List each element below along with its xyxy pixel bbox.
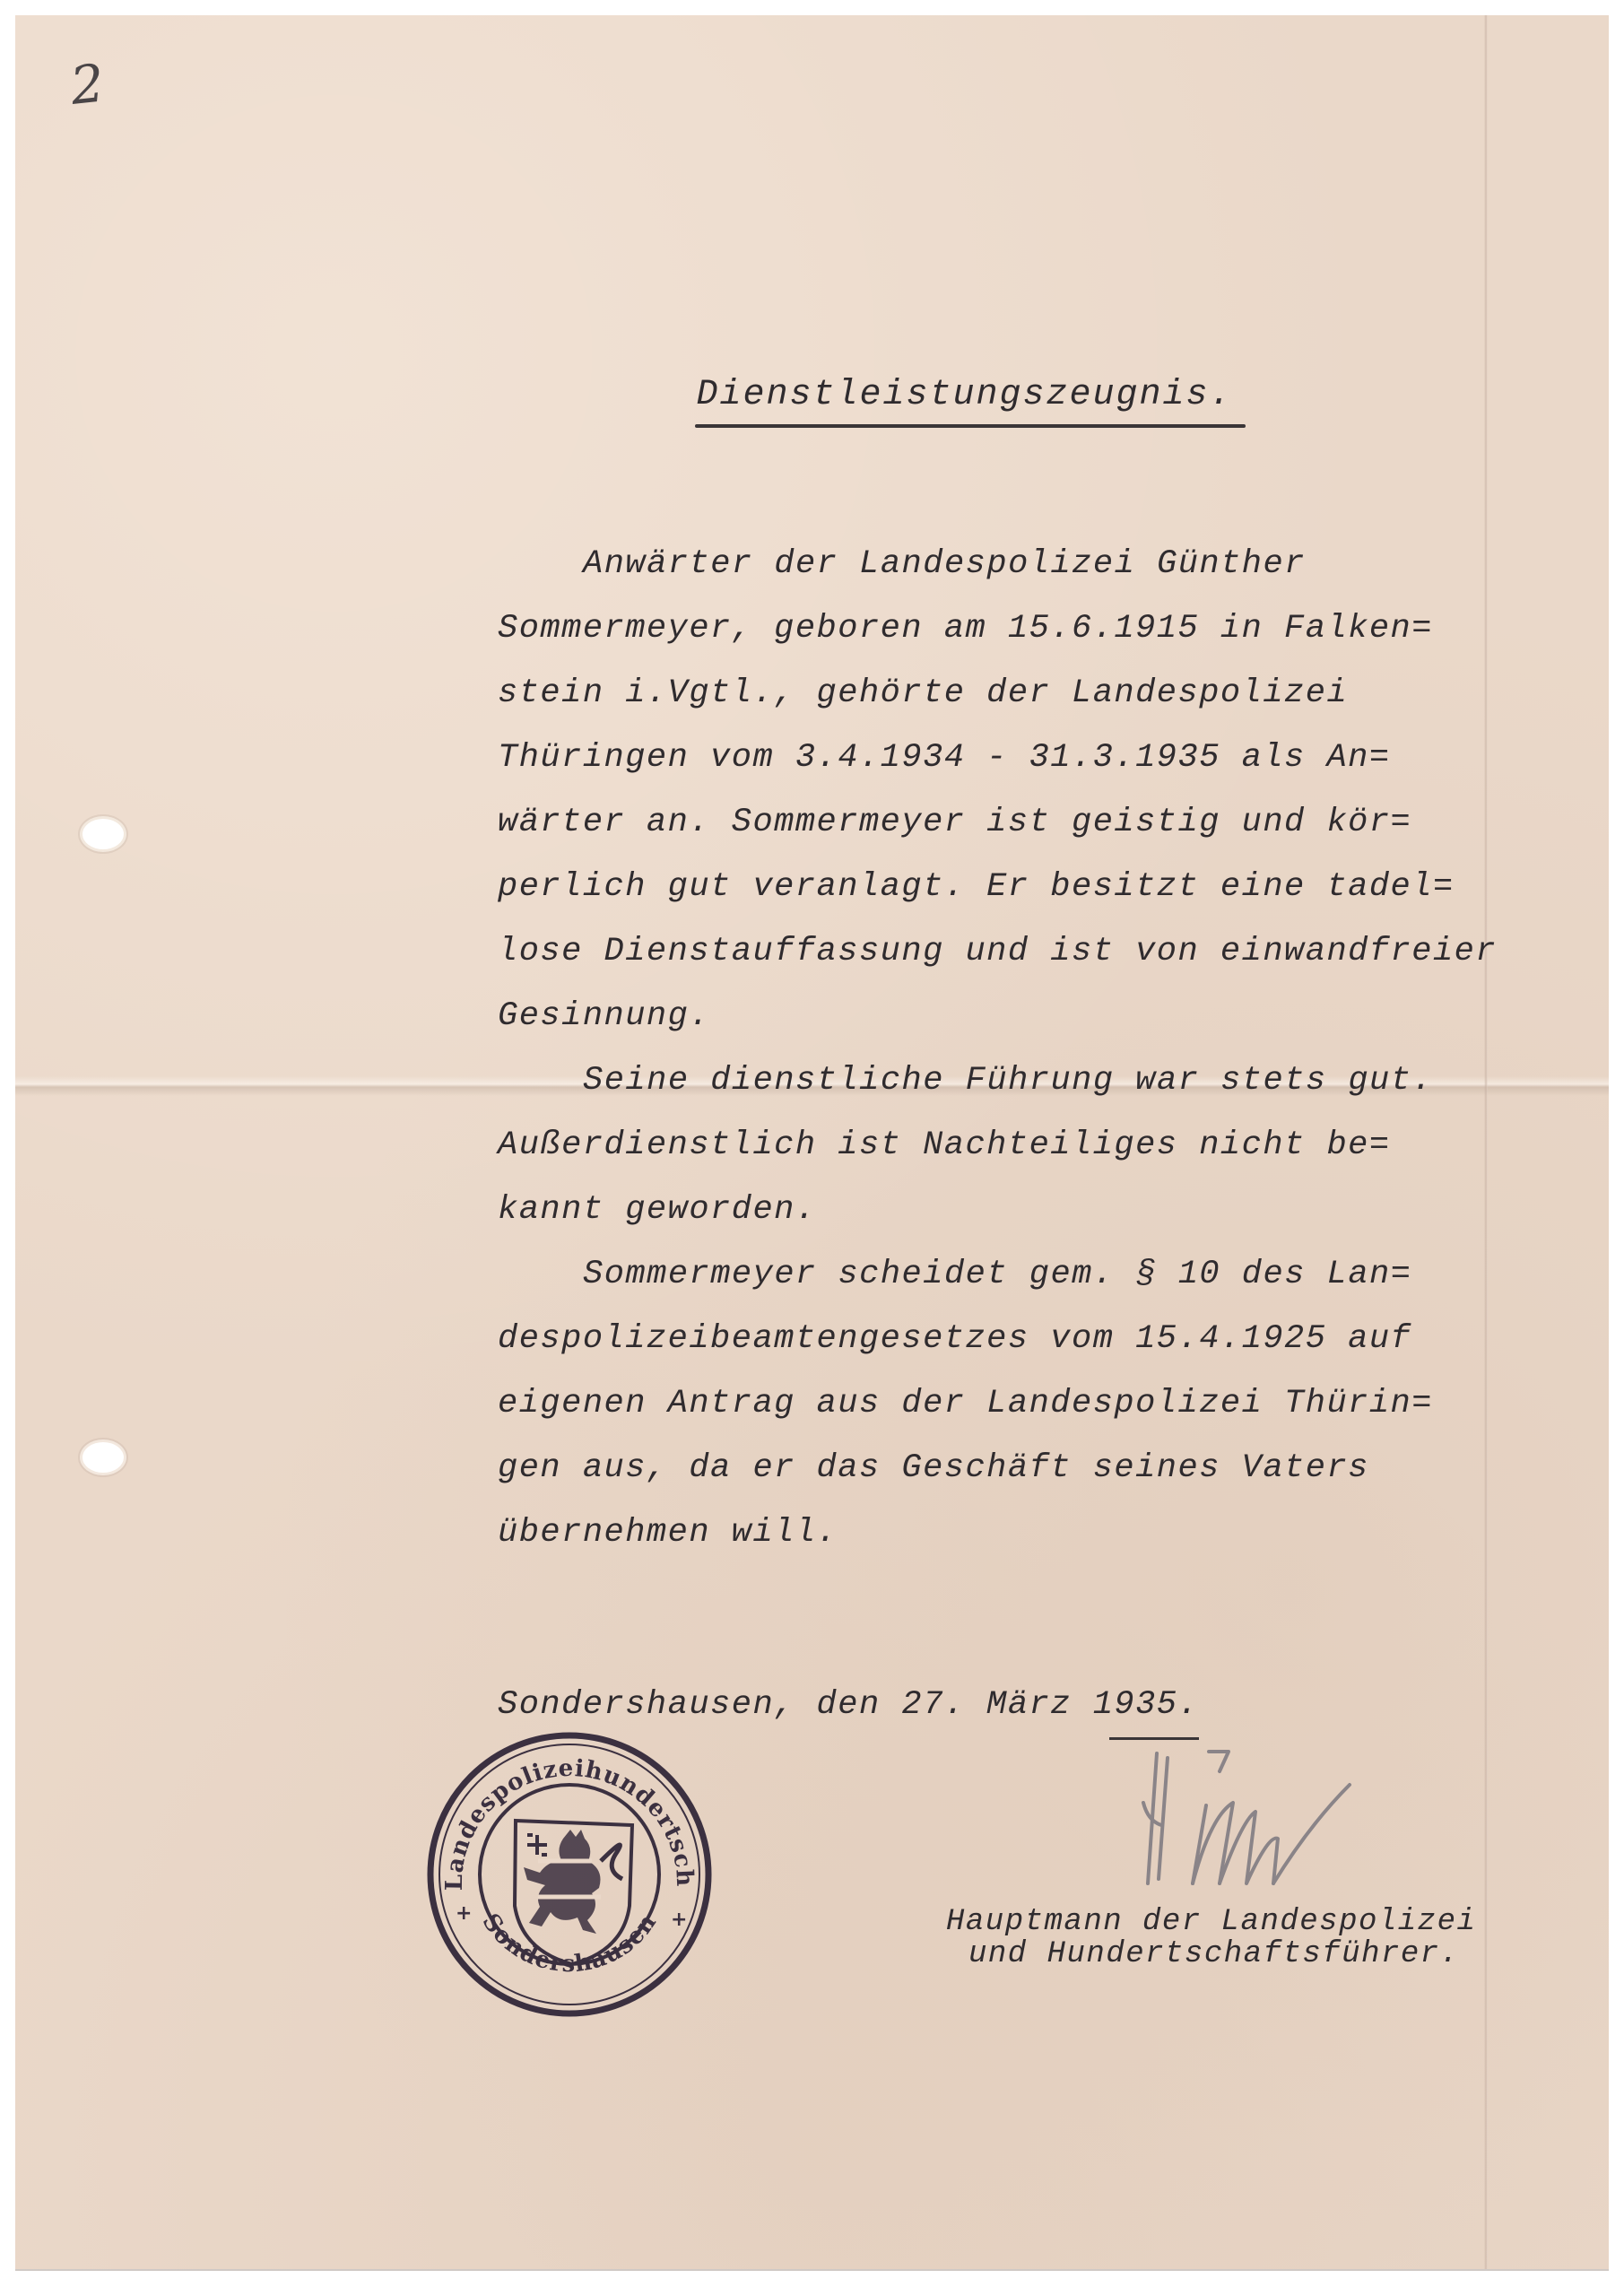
title-underline <box>695 424 1246 428</box>
body-line: Gesinnung. <box>498 997 710 1035</box>
lion-emblem-icon <box>515 1821 632 1964</box>
signatory-title-line-2: und Hundertschaftsführer. <box>968 1937 1460 1971</box>
vertical-crease <box>1484 15 1488 2269</box>
body-line: lose Dienstauffassung und ist von einwan… <box>498 933 1497 970</box>
body-line: Außerdienstlich ist Nachteiliges nicht b… <box>498 1126 1391 1164</box>
punch-hole-bottom <box>83 1442 124 1473</box>
body-line: Seine dienstliche Führung war stets gut. <box>583 1062 1433 1100</box>
body-line: Sommermeyer scheidet gem. § 10 des Lan= <box>583 1256 1411 1293</box>
punch-hole-top <box>83 819 124 849</box>
body-line: Thüringen vom 3.4.1934 - 31.3.1935 als A… <box>498 739 1391 777</box>
body-line: übernehmen will. <box>498 1514 838 1552</box>
body-line: kannt geworden. <box>498 1191 817 1229</box>
official-stamp: 7. Landespolizeihundertschaft Sondershau… <box>421 1726 717 2022</box>
body-line: eigenen Antrag aus der Landespolizei Thü… <box>498 1385 1433 1422</box>
place-date: Sondershausen, den 27. März 1935. <box>498 1686 1199 1724</box>
document-title: Dienstleistungszeugnis. <box>0 375 1624 415</box>
body-line: perlich gut veranlagt. Er besitzt eine t… <box>498 868 1455 906</box>
stamp-separator-right: + <box>671 1909 687 1931</box>
signatory-title-line-1: Hauptmann der Landespolizei <box>946 1905 1476 1939</box>
body-line: gen aus, da er das Geschäft seines Vater… <box>498 1449 1369 1487</box>
body-line: stein i.Vgtl., gehörte der Landespolizei <box>498 674 1348 712</box>
body-line: despolizeibeamtengesetzes vom 15.4.1925 … <box>498 1320 1411 1358</box>
handwritten-signature: Kün <box>1121 1735 1354 1897</box>
stamp-separator-left: + <box>456 1902 472 1925</box>
body-line: Sommermeyer, geboren am 15.6.1915 in Fal… <box>498 610 1433 648</box>
page-number-annotation: 2 <box>68 50 128 118</box>
body-line: Anwärter der Landespolizei Günther <box>583 545 1306 583</box>
body-line: wärter an. Sommermeyer ist geistig und k… <box>498 804 1411 841</box>
